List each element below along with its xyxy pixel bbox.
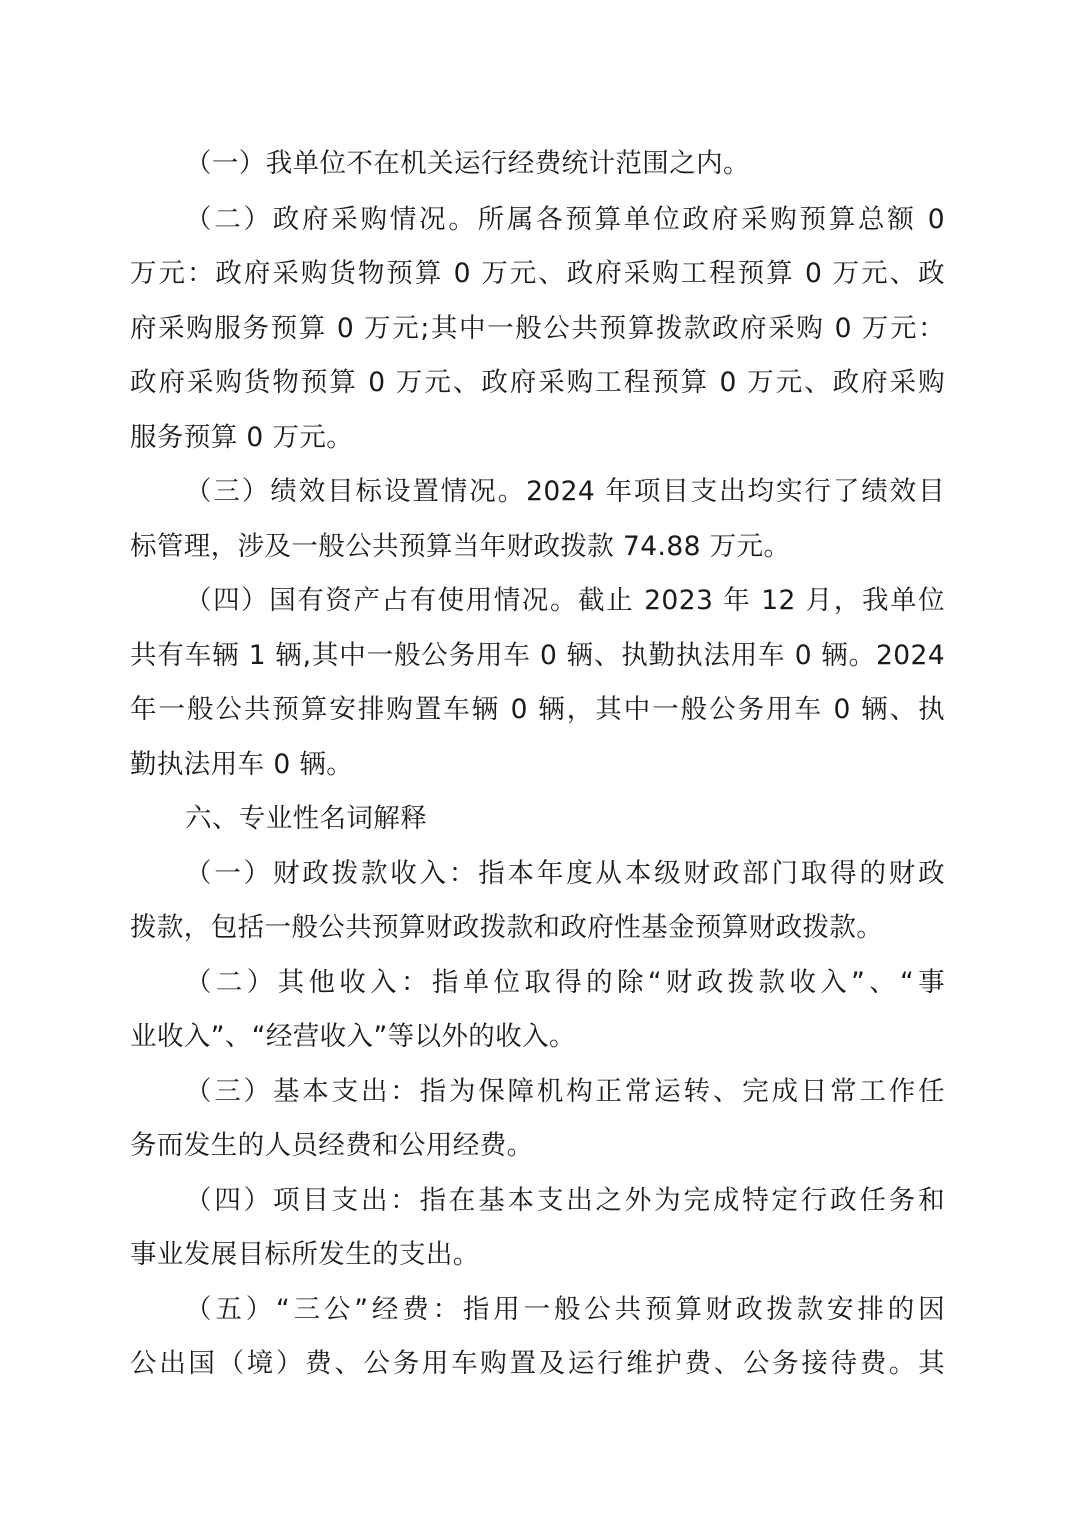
paragraph-2-line-4: 政府采购货物预算 0 万元、政府采购工程预算 0 万元、政府采购 bbox=[130, 363, 945, 403]
document-page: （一）我单位不在机关运行经费统计范围之内。 （二）政府采购情况。所属各预算单位政… bbox=[0, 0, 1074, 1520]
term-1-line-1: （一）财政拨款收入：指本年度从本级财政部门取得的财政 bbox=[185, 854, 945, 894]
paragraph-3-line-1: （三）绩效目标设置情况。2024 年项目支出均实行了绩效目 bbox=[185, 472, 945, 512]
term-5-line-2: 公出国（境）费、公务用车购置及运行维护费、公务接待费。其 bbox=[130, 1344, 945, 1384]
paragraph-2-line-2: 万元：政府采购货物预算 0 万元、政府采购工程预算 0 万元、政 bbox=[130, 254, 945, 294]
term-1-line-2: 拨款，包括一般公共预算财政拨款和政府性基金预算财政拨款。 bbox=[130, 908, 945, 948]
section-heading-terminology: 六、专业性名词解释 bbox=[185, 799, 427, 839]
term-2-line-1: （二）其他收入：指单位取得的除“财政拨款收入”、“事 bbox=[185, 963, 945, 1003]
paragraph-1-line-1: （一）我单位不在机关运行经费统计范围之内。 bbox=[185, 144, 945, 184]
term-3-line-1: （三）基本支出：指为保障机构正常运转、完成日常工作任 bbox=[185, 1072, 945, 1112]
paragraph-2-line-1: （二）政府采购情况。所属各预算单位政府采购预算总额 0 bbox=[185, 200, 945, 240]
paragraph-4-line-3: 年一般公共预算安排购置车辆 0 辆，其中一般公务用车 0 辆、执 bbox=[130, 690, 945, 730]
paragraph-2-line-3: 府采购服务预算 0 万元;其中一般公共预算拨款政府采购 0 万元： bbox=[130, 309, 945, 349]
term-4-line-2: 事业发展目标所发生的支出。 bbox=[130, 1235, 945, 1275]
paragraph-2-line-5: 服务预算 0 万元。 bbox=[130, 418, 945, 458]
paragraph-4-line-2: 共有车辆 1 辆,其中一般公务用车 0 辆、执勤执法用车 0 辆。2024 bbox=[130, 636, 945, 676]
term-5-line-1: （五）“三公”经费：指用一般公共预算财政拨款安排的因 bbox=[185, 1290, 945, 1330]
term-4-line-1: （四）项目支出：指在基本支出之外为完成特定行政任务和 bbox=[185, 1181, 945, 1221]
term-3-line-2: 务而发生的人员经费和公用经费。 bbox=[130, 1126, 945, 1166]
term-2-line-2: 业收入”、“经营收入”等以外的收入。 bbox=[130, 1017, 945, 1057]
paragraph-3-line-2: 标管理，涉及一般公共预算当年财政拨款 74.88 万元。 bbox=[130, 527, 945, 567]
paragraph-4-line-4: 勤执法用车 0 辆。 bbox=[130, 745, 945, 785]
paragraph-4-line-1: （四）国有资产占有使用情况。截止 2023 年 12 月，我单位 bbox=[185, 581, 945, 621]
